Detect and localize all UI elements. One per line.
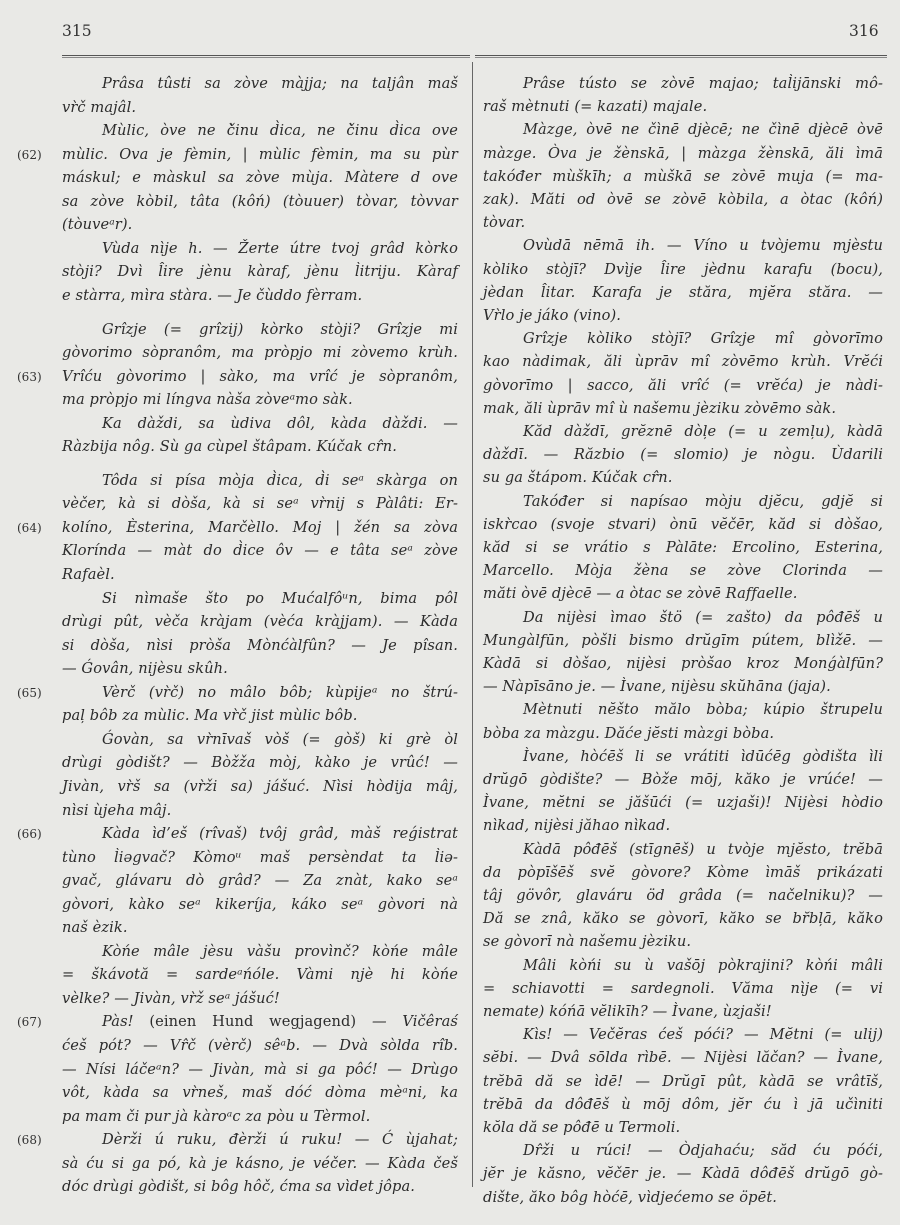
header-rule-left	[62, 55, 470, 58]
text-line: dóc drùgi gòdišt, si bôg hôč, ćma sa vìd…	[62, 1177, 458, 1197]
text-line: Prâse tústo se zòvē majao; tal̀ijānski m…	[483, 74, 883, 94]
text-line: iskr̀cao (svoje stvari) ònū vĕčēr, kăd s…	[483, 515, 883, 535]
text-line: tòvar.	[483, 213, 883, 233]
text-line: Mètnuti nĕšto mălo bòba; kúpio štrupelu	[483, 700, 883, 720]
text-line: Vèrč (vr̀č) no mâlo bôb; kùpijeᵃ no štrú…	[62, 683, 458, 703]
section-number: (62)	[17, 145, 42, 165]
text-line: Ovùdā nēmā ih. — Víno u tvòjemu mjèstu	[483, 236, 883, 256]
text-line: kolíno, Èsterina, Marčèllo. Moj | žén sa…	[62, 518, 458, 538]
text-line: gòvorīmo | sacco, ăli vrîć (= vrĕća) je …	[483, 376, 883, 396]
text-line: nìkad, nijèsi jăhao nìkad.	[483, 816, 883, 836]
text-line: su ga štápom. Kúčak cr̂n.	[483, 468, 883, 488]
text-line: kòliko stòjī? Dvìje l̂ire jèdnu karafu (…	[483, 260, 883, 280]
text-line: drùgi gòdišt? — Bòžža mòj, kàko je vrûć!…	[62, 753, 458, 773]
text-line: jĕr je kăsno, vĕčēr je. — Kàdā dôđēš drŭ…	[483, 1164, 883, 1184]
text-line: trĕbā da dôđēš ù mōj dôm, jĕr ću ì jā uč…	[483, 1095, 883, 1115]
text-line: = schiavotti = sardegnoli. Văma nìje (= …	[483, 979, 883, 999]
text-line: pa mam či pur jà kàroᵃc za pòu u Tèrmol.	[62, 1107, 458, 1127]
text-line: (tòuveᵃr).	[62, 215, 458, 235]
header-rule-right	[475, 55, 887, 58]
text-line: Rafaèl.	[62, 565, 458, 585]
section-number: (67)	[17, 1012, 42, 1032]
section-number: (66)	[17, 824, 42, 844]
text-line: Takóđer si napísao mòju djĕcu, gdjĕ si	[483, 492, 883, 512]
text-line: Da nijèsi ìmao štö (= zašto) da pôđēš u	[483, 608, 883, 628]
text-line: Mùlic, òve ne č̀inu d̀ica, ne č̀inu d̀ic…	[62, 121, 458, 141]
text-line: Ìvane, mĕtni se jăšūći (= uzjaši)! Nijès…	[483, 793, 883, 813]
text-line: Ràzbija nôg. Sù ga cùpel štâpam. Kúčak c…	[62, 437, 458, 457]
text-line: Vr̀lo je jáko (vino).	[483, 306, 883, 326]
text-line: zak). Măti od òvē se zòvē kòbila, a òtac…	[483, 190, 883, 210]
text-line: kŏla dă se pôđē u Termoli.	[483, 1118, 883, 1138]
text-line: sĕbi. — Dvâ sōlda rìbē. — Nijèsi lăčan? …	[483, 1048, 883, 1068]
column-divider	[472, 62, 473, 1187]
text-line: Klorínda — màt do d̀ice ôv — e tâta seᵃ …	[62, 541, 458, 561]
text-line: dàždī. — Răzbio (= slomio) je nògu. Ùdar…	[483, 445, 883, 465]
text-line: ma pròpjo mi língva nàša zòveᵃmo sàk.	[62, 390, 458, 410]
text-line: drŭgō gòdište? — Bòže mōj, kăko je vrúće…	[483, 770, 883, 790]
text-line: Pàs! (einen Hund wegjagend) — Vičêraś	[62, 1012, 458, 1032]
text-line: — Nàpīsāno je. — Ìvane, nijèsu skŭhāna (…	[483, 677, 883, 697]
text-line: Màzge, òvē ne čìnē djècē; ne čìnē djècē …	[483, 120, 883, 140]
text-line: vr̀č majâl.	[62, 98, 458, 118]
text-line: takóđer mùškīh; a mùškā se zòvē muja (= …	[483, 167, 883, 187]
text-line: naš èzik.	[62, 918, 458, 938]
text-line: kao nàdimak, ăli ùprāv mî zòvēmo krùh. V…	[483, 352, 883, 372]
text-line: gòvorimo sòpranôm, ma pròpjo mi zòvemo k…	[62, 343, 458, 363]
text-line: dište, ăko bôg hòćē, vìdjećemo se öpēt.	[483, 1188, 883, 1208]
text-line: — Nísi láčeᵃn? — Jivàn, mà si ga pôć! — …	[62, 1060, 458, 1080]
text-line: da pòpīšēš svĕ gòvore? Kòme ìmāš prikáza…	[483, 863, 883, 883]
text-line: Prâsa tûsti sa zòve màjja; na taljân maš	[62, 74, 458, 94]
text-line: kăd si se vrátio s Pàlāte: Ercolino, Est…	[483, 538, 883, 558]
text-line: = škávotă = sardeᵃńóle. Vàmi njè hi kòńe	[62, 965, 458, 985]
text-line: máskul; e màskul sa zòve mùja. Màtere d …	[62, 168, 458, 188]
text-line: Mungàlfūn, pòšli bismo drŭgīm pútem, blì…	[483, 631, 883, 651]
section-number: (64)	[17, 518, 42, 538]
text-line: Kòńe mâle jèsu vàšu provìnč? kòńe mâle	[62, 942, 458, 962]
text-line: Kìs! — Večĕras ćeš póći? — Mĕtni (= ulij…	[483, 1025, 883, 1045]
text-line: sà ću si ga pó, kà je kásno, je véčer. —…	[62, 1154, 458, 1174]
text-line: ćeš pót? — Vr̂č (vèrč) sêᵃb. — Dvà sòlda…	[62, 1036, 458, 1056]
text-line: sa zòve kòbil, tâta (kôń) (tòuuer) tòvar…	[62, 192, 458, 212]
text-line: mùlic. Ova je fèmin, | mùlic fèmin, ma s…	[62, 145, 458, 165]
text-line: drùgi pût, vèča kràjam (vèća kràjjam). —…	[62, 612, 458, 632]
text-line: nìsi ùjeha mâj.	[62, 801, 458, 821]
text-line: mak, ăli ùprāv mî ù našemu jèziku zòvēmo…	[483, 399, 883, 419]
text-line: trĕbā dă se ìdē! — Drŭgī pût, kàdā se vr…	[483, 1072, 883, 1092]
text-line: tùno l̀iəgvač? Kòmoᵘ maš persèndat ta l̀…	[62, 848, 458, 868]
text-line: vôt, kàda sa vr̀neš, maš dóć dòma mèᵃni,…	[62, 1083, 458, 1103]
text-line: Dèrži ú ruku, đèrži ú ruku! — Ć ùjahat;	[62, 1130, 458, 1150]
section-number: (63)	[17, 367, 42, 387]
text-line: Ìvane, hòćēš li se vrátiti ìdūćēg gòdišt…	[483, 747, 883, 767]
text-line: Tôda si písa mòja d̀ica, d̀i seᵃ skàrga …	[62, 471, 458, 491]
text-line: Kàdā si dòšao, nijèsi pròšao kroz Monǵàl…	[483, 654, 883, 674]
section-number: (65)	[17, 683, 42, 703]
text-line: vèlke? — Jivàn, vr̀ž seᵃ jášuć!	[62, 989, 458, 1009]
text-line: Si nìmaše što po Mućalfôᵘn, bima pôl	[62, 589, 458, 609]
text-line: e stàrra, mìra stàra. — Je čùddo fèrram.	[62, 286, 458, 306]
text-line: gvač, glávaru dò grâd? — Za znàt, kako s…	[62, 871, 458, 891]
text-line: Kàda ìd’eš (rîvaš) tvôj grâd, màš reǵist…	[62, 824, 458, 844]
text-line: nemate) kóńā vĕlikīh? — Ìvane, ùzjaši!	[483, 1002, 883, 1022]
text-line: Ǵovàn, sa vr̀nīvaš vòš (= gòš) ki grè òl	[62, 730, 458, 750]
text-line: Marcello. Mòja žèna se zòve Clorinda —	[483, 561, 883, 581]
upright-gloss: (einen Hund wegjagend)	[149, 1013, 356, 1030]
text-line: se gòvorī nà našemu jèziku.	[483, 932, 883, 952]
text-line: Ka dàždi, sa ùdiva dôl, kàda dàždi. —	[62, 414, 458, 434]
text-line: Kăd dàždī, grĕznē dòļe (= u zemļu), kàdā	[483, 422, 883, 442]
text-line: stòji? Dvì l̂ire jènu kàraf, jènu l̀itri…	[62, 262, 458, 282]
text-line: jèdan l̂itar. Karafa je stăra, mjĕra stă…	[483, 283, 883, 303]
text-line: Vrîću gòvorimo | sàko, ma vrîć je sòpran…	[62, 367, 458, 387]
text-line: Vùda nìje h. — Žerte útre tvoj grâd kòrk…	[62, 239, 458, 259]
section-number: (68)	[17, 1130, 42, 1150]
page-number-right: 316	[849, 22, 879, 40]
text-line: măti òvē djècē — a òtac se zòvē Raffaell…	[483, 584, 883, 604]
text-line: Grîzje kòliko stòjī? Grîzje mî gòvorīmo	[483, 329, 883, 349]
text-line: gòvori, kàko seᵃ kikeríja, káko seᵃ gòvo…	[62, 895, 458, 915]
text-line: Mâli kòńi su ù vašōj pòkrajini? kòńi mâl…	[483, 956, 883, 976]
text-line: bòba za màzgu. Dăće jĕsti màzgi bòba.	[483, 724, 883, 744]
text-line: raš mètnuti (= kazati) majale.	[483, 97, 883, 117]
text-line: — Ǵovân, nijèsu skûh.	[62, 659, 458, 679]
text-line: Jivàn, vr̀š sa (vr̀ži sa) jášuć. Nìsi hò…	[62, 777, 458, 797]
text-line: vèčer, kà si dòša, kà si seᵃ vr̀nij s Pà…	[62, 494, 458, 514]
page-number-left: 315	[62, 22, 92, 40]
text-line: màzge. Òva je žènskā, | màzga žènskā, ăl…	[483, 144, 883, 164]
text-line: si dòša, nìsi pròša Mònćàlfûn? — Je pîsa…	[62, 636, 458, 656]
text-line: tâj gövôr, glaváru öd grâda (= načelniku…	[483, 886, 883, 906]
text-line: paļ bôb za mùlic. Ma vr̀č jist mùlic bôb…	[62, 706, 458, 726]
text-line: Grîzje (= grîzij) kòrko stòji? Grîzje mi	[62, 320, 458, 340]
text-line: Dr̂ži u rúci! — Òdjahaću; săd ću póći,	[483, 1141, 883, 1161]
text-line: Kàdā pôđēš (stīgnēš) u tvòje mjĕsto, trĕ…	[483, 840, 883, 860]
text-line: Dă se znâ, kăko se gòvorī, kăko se br̆bļ…	[483, 909, 883, 929]
